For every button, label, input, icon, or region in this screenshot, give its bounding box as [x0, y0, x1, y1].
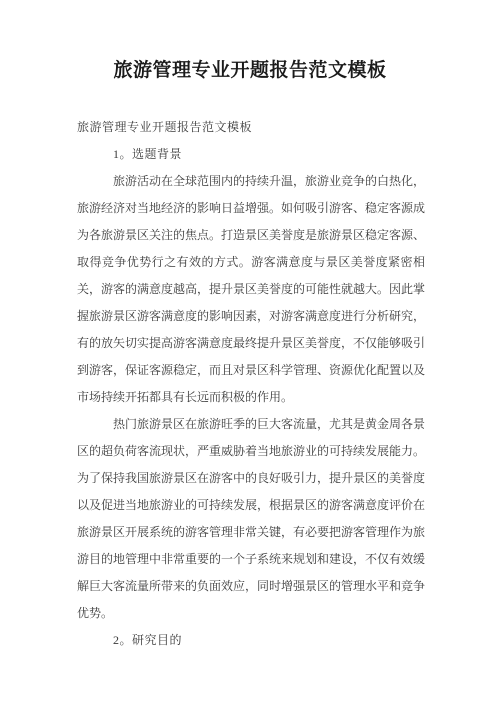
document-page: 旅游管理专业开题报告范文模板 旅游管理专业开题报告范文模板 1。选题背景 旅游活…	[0, 0, 500, 707]
section-heading-research-purpose: 2。研究目的	[77, 627, 425, 654]
document-title: 旅游管理专业开题报告范文模板	[0, 55, 500, 87]
document-subtitle: 旅游管理专业开题报告范文模板	[77, 114, 425, 141]
paragraph-topic-background-2: 热门旅游景区在旅游旺季的巨大客流量，尤其是黄金周各景区的超负荷客流现状，严重威胁…	[77, 411, 425, 627]
section-heading-topic-background: 1。选题背景	[77, 141, 425, 168]
document-body: 旅游管理专业开题报告范文模板 1。选题背景 旅游活动在全球范围内的持续升温，旅游…	[77, 114, 425, 654]
paragraph-topic-background-1: 旅游活动在全球范围内的持续升温，旅游业竞争的白热化，旅游经济对当地经济的影响日益…	[77, 168, 425, 411]
